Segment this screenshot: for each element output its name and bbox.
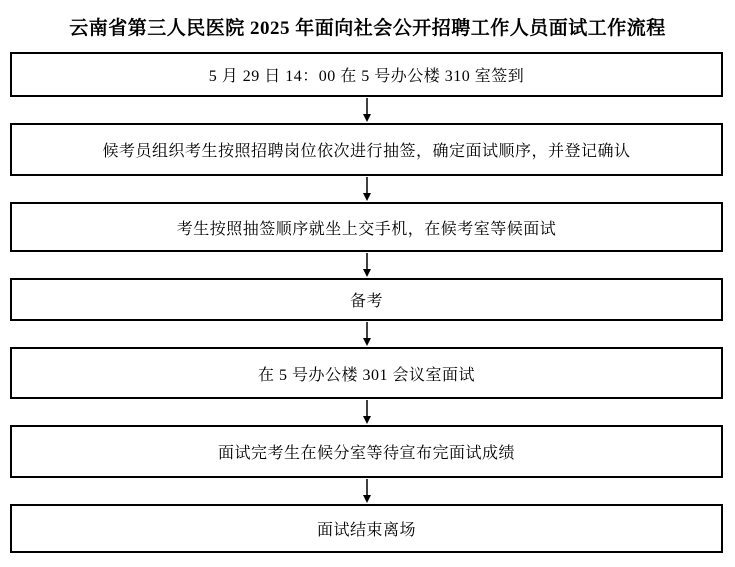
down-arrow-icon	[10, 97, 723, 123]
flow-step-leave: 面试结束离场	[10, 504, 723, 553]
down-arrow-icon	[10, 321, 723, 347]
title-bar: 云南省第三人民医院 2025 年面向社会公开招聘工作人员面试工作流程	[0, 0, 735, 52]
flow-step-prepare: 备考	[10, 278, 723, 321]
flow-step-draw-lots: 候考员组织考生按照招聘岗位依次进行抽签，确定面试顺序，并登记确认	[10, 123, 723, 176]
flow-step-wait-room: 考生按照抽签顺序就坐上交手机，在候考室等候面试	[10, 202, 723, 252]
down-arrow-icon	[10, 252, 723, 278]
down-arrow-icon	[10, 399, 723, 425]
flowchart: 5 月 29 日 14：00 在 5 号办公楼 310 室签到 候考员组织考生按…	[0, 52, 735, 553]
down-arrow-icon	[10, 478, 723, 504]
down-arrow-icon	[10, 176, 723, 202]
flow-step-signin: 5 月 29 日 14：00 在 5 号办公楼 310 室签到	[10, 52, 723, 97]
page-title: 云南省第三人民医院 2025 年面向社会公开招聘工作人员面试工作流程	[69, 13, 666, 40]
flow-step-interview: 在 5 号办公楼 301 会议室面试	[10, 347, 723, 399]
flow-step-wait-score: 面试完考生在候分室等待宣布完面试成绩	[10, 425, 723, 478]
